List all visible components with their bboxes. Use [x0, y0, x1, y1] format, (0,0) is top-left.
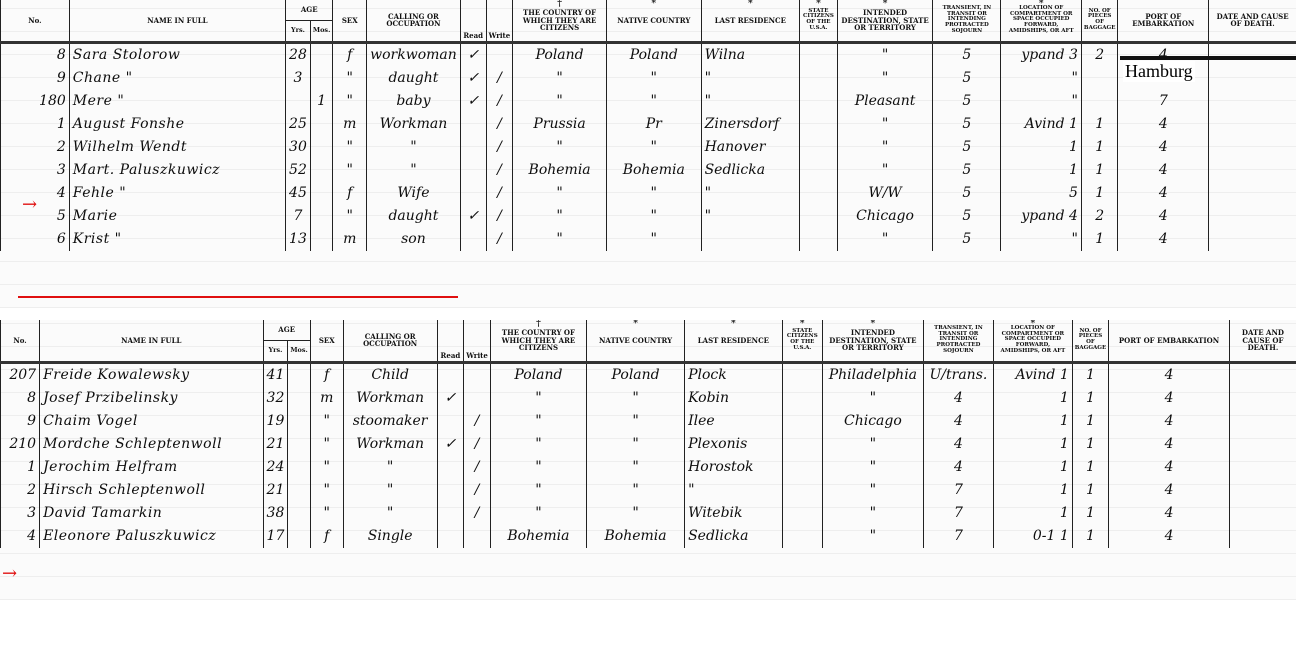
- cell-destination: ": [837, 113, 932, 136]
- cell-pieces: 1: [1072, 433, 1108, 456]
- cell-read: [437, 502, 464, 525]
- cell-state: [782, 479, 822, 502]
- cell-calling: Workman: [367, 113, 461, 136]
- cell-transient: 5: [933, 42, 1001, 67]
- cell-native: ": [606, 90, 701, 113]
- manifest-page-top: No. Name in Full Age Sex Calling or Occu…: [0, 0, 1296, 308]
- cell-residence: Wilna: [701, 42, 799, 67]
- cell-residence: Hanover: [701, 136, 799, 159]
- cell-destination: ": [837, 228, 932, 251]
- cell-state: [782, 433, 822, 456]
- passenger-row: 5Marie7"daught✓/"""Chicago5ypand 424: [1, 205, 1296, 228]
- header-country-citizen-label: The Country of which they are Citizens: [502, 328, 576, 352]
- cell-destination: ": [837, 67, 932, 90]
- cell-transient: 5: [933, 182, 1001, 205]
- cell-residence: [701, 228, 799, 251]
- blank-margin: [0, 600, 1296, 648]
- cell-location: 1: [1001, 159, 1081, 182]
- cell-transient: 5: [933, 113, 1001, 136]
- cell-calling: Single: [343, 525, 437, 548]
- asterisk-mark: *: [748, 0, 753, 9]
- cell-yrs: 32: [263, 387, 288, 410]
- cell-no: 210: [1, 433, 40, 456]
- cell-state: [782, 456, 822, 479]
- header-country-citizen-label: The Country of which they are Citizens: [523, 8, 597, 32]
- cell-residence: ": [701, 182, 799, 205]
- cell-mos: [288, 502, 310, 525]
- cell-destination: Pleasant: [837, 90, 932, 113]
- cell-sex: f: [310, 525, 343, 548]
- cell-read: ✓: [437, 433, 464, 456]
- cell-name: Eleonore Paluszkuwicz: [40, 525, 263, 548]
- cell-write: /: [486, 182, 513, 205]
- cell-yrs: 24: [263, 456, 288, 479]
- cell-native: ": [587, 387, 685, 410]
- cell-location: 5: [1001, 182, 1081, 205]
- header-state-citizens: *State Citizens of the U.S.A.: [782, 320, 822, 362]
- cell-state: [782, 525, 822, 548]
- cell-write: /: [486, 113, 513, 136]
- cell-mos: [310, 136, 332, 159]
- cell-port: 7: [1118, 90, 1209, 113]
- cell-port: 4: [1118, 228, 1209, 251]
- header-yrs: Yrs.: [263, 340, 288, 362]
- cell-read: ✓: [460, 42, 486, 67]
- cell-write: /: [486, 205, 513, 228]
- cell-mos: [288, 362, 310, 387]
- cell-native: ": [606, 182, 701, 205]
- cell-mos: [310, 159, 332, 182]
- cell-residence: Sedlicka: [685, 525, 783, 548]
- header-calling: Calling or Occupation: [367, 0, 461, 42]
- cell-read: [437, 479, 464, 502]
- cell-sex: ": [310, 410, 343, 433]
- cell-yrs: 19: [263, 410, 288, 433]
- cell-no: 1: [1, 113, 70, 136]
- cell-no: 2: [1, 136, 70, 159]
- cell-citizen: ": [513, 205, 607, 228]
- cell-no: 3: [1, 159, 70, 182]
- cell-sex: ": [310, 456, 343, 479]
- asterisk-mark: *: [871, 320, 876, 329]
- cell-pieces: 1: [1072, 410, 1108, 433]
- asterisk-mark: *: [651, 0, 656, 9]
- passenger-row: 1August Fonshe25mWorkman/PrussiaPrZiners…: [1, 113, 1296, 136]
- passenger-row: 207Freide Kowalewsky41fChildPolandPoland…: [1, 362, 1296, 387]
- cell-port: 4: [1118, 159, 1209, 182]
- cell-port: 4: [1109, 456, 1230, 479]
- cell-no: 9: [1, 67, 70, 90]
- cell-pieces: 1: [1081, 228, 1117, 251]
- cell-residence: Plexonis: [685, 433, 783, 456]
- header-mos: Mos.: [288, 340, 310, 362]
- passenger-row: 210Mordche Schleptenwoll21"Workman✓/""Pl…: [1, 433, 1296, 456]
- header-no: No.: [1, 0, 70, 42]
- cell-state: [800, 182, 838, 205]
- cell-residence: Sedlicka: [701, 159, 799, 182]
- cell-death: [1209, 67, 1296, 90]
- cell-death: [1209, 90, 1296, 113]
- cell-death: [1229, 362, 1296, 387]
- cell-pieces: 1: [1072, 456, 1108, 479]
- cell-mos: [288, 433, 310, 456]
- cell-write: /: [486, 228, 513, 251]
- cell-sex: ": [310, 479, 343, 502]
- dagger-mark: †: [557, 0, 562, 9]
- cell-transient: 4: [923, 433, 993, 456]
- cell-yrs: 13: [286, 228, 311, 251]
- cell-sex: ": [310, 433, 343, 456]
- header-location: *Location of Compartment or Space Occupi…: [1001, 0, 1081, 42]
- cell-port: 4: [1109, 410, 1230, 433]
- cell-sex: m: [333, 113, 367, 136]
- cell-native: ": [606, 136, 701, 159]
- cell-destination: ": [837, 159, 932, 182]
- cell-residence: Kobin: [685, 387, 783, 410]
- cell-yrs: 52: [286, 159, 311, 182]
- header-pieces: No. of Pieces of Baggage: [1081, 0, 1117, 42]
- header-native-country: *Native Country: [606, 0, 701, 42]
- header-sex: Sex: [310, 320, 343, 362]
- passenger-row: 180Mere "1"baby✓/"""Pleasant5"7: [1, 90, 1296, 113]
- header-write: Write: [486, 0, 513, 42]
- passenger-row: 1Jerochim Helfram24""/""Horostok"4114: [1, 456, 1296, 479]
- cell-write: /: [464, 502, 491, 525]
- cell-transient: 5: [933, 136, 1001, 159]
- asterisk-mark: *: [800, 320, 805, 329]
- cell-citizen: ": [513, 90, 607, 113]
- cell-transient: 7: [923, 502, 993, 525]
- cell-name: Chane ": [69, 67, 285, 90]
- cell-native: ": [587, 479, 685, 502]
- header-native-country-label: Native Country: [617, 16, 690, 25]
- cell-no: 1: [1, 456, 40, 479]
- cell-citizen: Poland: [490, 362, 586, 387]
- cell-location: 0-1 1: [993, 525, 1072, 548]
- cell-location: 1: [1001, 136, 1081, 159]
- cell-pieces: 1: [1081, 159, 1117, 182]
- cell-citizen: Prussia: [513, 113, 607, 136]
- cell-state: [800, 90, 838, 113]
- cell-read: ✓: [460, 90, 486, 113]
- cell-transient: 4: [923, 456, 993, 479]
- passenger-row-highlighted: 3Mart. Paluszkuwicz52""/BohemiaBohemiaSe…: [1, 159, 1296, 182]
- cell-sex: ": [333, 136, 367, 159]
- cell-write: /: [486, 159, 513, 182]
- cell-calling: Wife: [367, 182, 461, 205]
- cell-read: [437, 456, 464, 479]
- header-no: No.: [1, 320, 40, 362]
- cell-transient: U/trans.: [923, 362, 993, 387]
- header-transient: Transient, in Transit or Intending Protr…: [923, 320, 993, 362]
- cell-pieces: 1: [1072, 525, 1108, 548]
- header-yrs: Yrs.: [286, 20, 311, 42]
- cell-citizen: ": [490, 479, 586, 502]
- header-age: Age: [263, 320, 310, 340]
- cell-native: Bohemia: [606, 159, 701, 182]
- cell-citizen: ": [490, 502, 586, 525]
- cell-native: ": [606, 228, 701, 251]
- cell-mos: [288, 387, 310, 410]
- cell-pieces: 1: [1081, 182, 1117, 205]
- header-location: *Location of Compartment or Space Occupi…: [993, 320, 1072, 362]
- cell-yrs: 7: [286, 205, 311, 228]
- cell-destination: ": [822, 387, 923, 410]
- cell-native: ": [606, 67, 701, 90]
- cell-state: [782, 502, 822, 525]
- header-port: Port of Embarkation: [1118, 0, 1209, 42]
- cell-death: [1209, 159, 1296, 182]
- cell-state: [782, 362, 822, 387]
- header-pieces: No. of Pieces of Baggage: [1072, 320, 1108, 362]
- cell-sex: ": [333, 159, 367, 182]
- cell-mos: [310, 113, 332, 136]
- cell-citizen: ": [490, 410, 586, 433]
- cell-yrs: 45: [286, 182, 311, 205]
- cell-write: [464, 525, 491, 548]
- cell-no: 8: [1, 387, 40, 410]
- header-read-label: Read: [441, 351, 461, 360]
- cell-port: 4: [1109, 525, 1230, 548]
- cell-destination: ": [837, 42, 932, 67]
- cell-mos: [288, 479, 310, 502]
- cell-name: David Tamarkin: [40, 502, 263, 525]
- cell-mos: [310, 182, 332, 205]
- cell-port: 4: [1109, 479, 1230, 502]
- header-sex: Sex: [333, 0, 367, 42]
- highlight-arrow-icon: →: [2, 563, 17, 584]
- cell-name: Josef Przibelinsky: [40, 387, 263, 410]
- cell-transient: 4: [923, 387, 993, 410]
- cell-destination: ": [822, 479, 923, 502]
- cell-read: [437, 525, 464, 548]
- cell-calling: Child: [343, 362, 437, 387]
- cell-state: [800, 42, 838, 67]
- cell-read: ✓: [460, 205, 486, 228]
- cell-transient: 5: [933, 67, 1001, 90]
- cell-death: [1209, 136, 1296, 159]
- header-state-citizens-label: State Citizens of the U.S.A.: [787, 328, 818, 351]
- cell-native: ": [587, 502, 685, 525]
- cell-read: [460, 113, 486, 136]
- cell-sex: m: [310, 387, 343, 410]
- cell-death: [1229, 387, 1296, 410]
- cell-yrs: 21: [263, 433, 288, 456]
- passenger-row: 9Chane "3"daught✓/""""5"4: [1, 67, 1296, 90]
- cell-yrs: 38: [263, 502, 288, 525]
- cell-destination: W/W: [837, 182, 932, 205]
- cell-destination: ": [822, 456, 923, 479]
- cell-sex: f: [333, 182, 367, 205]
- highlight-underline: [18, 296, 458, 298]
- header-destination: *Intended Destination, State or Territor…: [837, 0, 932, 42]
- header-mos: Mos.: [310, 20, 332, 42]
- cell-calling: workwoman: [367, 42, 461, 67]
- header-last-residence-label: Last Residence: [715, 16, 786, 25]
- cell-death: [1229, 525, 1296, 548]
- header-write: Write: [464, 320, 491, 362]
- cell-death: [1209, 205, 1296, 228]
- cell-state: [800, 67, 838, 90]
- cell-citizen: ": [513, 182, 607, 205]
- cell-sex: ": [333, 205, 367, 228]
- cell-port: 4: [1118, 113, 1209, 136]
- passenger-row: 8Sara Stolorow28fworkwoman✓PolandPolandW…: [1, 42, 1296, 67]
- cell-mos: [310, 67, 332, 90]
- header-name: Name in Full: [69, 0, 285, 42]
- cell-residence: ": [701, 205, 799, 228]
- cell-yrs: 28: [286, 42, 311, 67]
- cell-write: /: [486, 136, 513, 159]
- cell-yrs: 41: [263, 362, 288, 387]
- cell-sex: f: [310, 362, 343, 387]
- header-country-citizen: †The Country of which they are Citizens: [513, 0, 607, 42]
- cell-calling: ": [367, 136, 461, 159]
- cell-state: [800, 228, 838, 251]
- cell-location: 1: [993, 387, 1072, 410]
- cell-calling: daught: [367, 67, 461, 90]
- header-native-country: *Native Country: [587, 320, 685, 362]
- cell-citizen: Bohemia: [490, 525, 586, 548]
- cell-citizen: ": [513, 228, 607, 251]
- cell-location: ypand 3: [1001, 42, 1081, 67]
- cell-death: [1209, 182, 1296, 205]
- passenger-row: 9Chaim Vogel19"stoomaker/""IleeChicago41…: [1, 410, 1296, 433]
- manifest-table-bottom: No. Name in Full Age Sex Calling or Occu…: [0, 320, 1296, 548]
- cell-pieces: 1: [1072, 387, 1108, 410]
- cell-sex: ": [310, 502, 343, 525]
- cell-transient: 5: [933, 228, 1001, 251]
- asterisk-mark: *: [633, 320, 638, 329]
- cell-calling: ": [367, 159, 461, 182]
- asterisk-mark: *: [731, 320, 736, 329]
- cell-pieces: 1: [1072, 502, 1108, 525]
- cell-port: 4: [1118, 136, 1209, 159]
- cell-state: [800, 136, 838, 159]
- cell-write: /: [486, 67, 513, 90]
- cell-state: [782, 410, 822, 433]
- asterisk-mark: *: [816, 0, 821, 9]
- cell-death: [1209, 42, 1296, 67]
- cell-pieces: 1: [1081, 136, 1117, 159]
- cell-no: 6: [1, 228, 70, 251]
- cell-write: /: [486, 90, 513, 113]
- cell-citizen: ": [513, 136, 607, 159]
- cell-native: ": [587, 410, 685, 433]
- cell-name: Fehle ": [69, 182, 285, 205]
- passenger-row: 8Josef Przibelinsky32mWorkman✓""Kobin"41…: [1, 387, 1296, 410]
- cell-mos: [288, 456, 310, 479]
- cell-mos: [310, 42, 332, 67]
- cell-read: [437, 410, 464, 433]
- cell-write: /: [464, 410, 491, 433]
- passenger-row: 6Krist "13mson/"""5"14: [1, 228, 1296, 251]
- cell-citizen: ": [513, 67, 607, 90]
- cell-residence: Zinersdorf: [701, 113, 799, 136]
- cell-yrs: 3: [286, 67, 311, 90]
- cell-no: 8: [1, 42, 70, 67]
- manifest-page-bottom: No. Name in Full Age Sex Calling or Occu…: [0, 320, 1296, 600]
- cell-calling: daught: [367, 205, 461, 228]
- header-read-label: Read: [463, 31, 483, 40]
- cell-destination: Philadelphia: [822, 362, 923, 387]
- cell-port: 4: [1109, 502, 1230, 525]
- cell-no: 2: [1, 479, 40, 502]
- cell-residence: ": [685, 479, 783, 502]
- cell-yrs: 30: [286, 136, 311, 159]
- cell-residence: Ilee: [685, 410, 783, 433]
- cell-pieces: [1081, 67, 1117, 90]
- cell-death: [1229, 479, 1296, 502]
- cell-name: Hirsch Schleptenwoll: [40, 479, 263, 502]
- cell-name: Chaim Vogel: [40, 410, 263, 433]
- header-name: Name in Full: [40, 320, 263, 362]
- cell-location: 1: [993, 479, 1072, 502]
- header-last-residence-label: Last Residence: [698, 336, 769, 345]
- cell-yrs: 21: [263, 479, 288, 502]
- cell-pieces: [1081, 90, 1117, 113]
- cell-sex: f: [333, 42, 367, 67]
- header-destination-label: Intended Destination, State or Territory: [829, 328, 916, 352]
- cell-transient: 7: [923, 479, 993, 502]
- cell-mos: [310, 228, 332, 251]
- header-destination-label: Intended Destination, State or Territory: [841, 8, 928, 32]
- cell-location: ": [1001, 67, 1081, 90]
- cell-state: [800, 113, 838, 136]
- cell-destination: ": [822, 525, 923, 548]
- header-write-label: Write: [466, 351, 488, 360]
- cell-read: [460, 159, 486, 182]
- cell-native: Poland: [587, 362, 685, 387]
- cell-death: [1229, 410, 1296, 433]
- cell-no: 180: [1, 90, 70, 113]
- cell-port: 4: [1118, 182, 1209, 205]
- cell-citizen: Poland: [513, 42, 607, 67]
- cell-residence: Witebik: [685, 502, 783, 525]
- cell-yrs: 25: [286, 113, 311, 136]
- cell-no: 207: [1, 362, 40, 387]
- port-annotation: Hamburg: [1123, 61, 1195, 82]
- cell-name: Freide Kowalewsky: [40, 362, 263, 387]
- cell-state: [782, 387, 822, 410]
- header-rule: [1120, 56, 1296, 60]
- cell-mos: 1: [310, 90, 332, 113]
- cell-death: [1209, 228, 1296, 251]
- cell-residence: ": [701, 67, 799, 90]
- manifest-table-top: No. Name in Full Age Sex Calling or Occu…: [0, 0, 1296, 251]
- passenger-row: 3David Tamarkin38""/""Witebik"7114: [1, 502, 1296, 525]
- cell-name: Krist ": [69, 228, 285, 251]
- cell-sex: m: [333, 228, 367, 251]
- cell-destination: ": [822, 433, 923, 456]
- cell-no: 4: [1, 525, 40, 548]
- cell-name: Mere ": [69, 90, 285, 113]
- header-state-citizens-label: State Citizens of the U.S.A.: [803, 8, 834, 31]
- cell-name: August Fonshe: [69, 113, 285, 136]
- cell-no: 9: [1, 410, 40, 433]
- cell-transient: 5: [933, 159, 1001, 182]
- cell-location: 1: [993, 456, 1072, 479]
- cell-destination: ": [837, 136, 932, 159]
- header-calling: Calling or Occupation: [343, 320, 437, 362]
- header-country-citizen: †The Country of which they are Citizens: [490, 320, 586, 362]
- header-native-country-label: Native Country: [599, 336, 672, 345]
- header-last-residence: *Last Residence: [685, 320, 783, 362]
- cell-residence: Plock: [685, 362, 783, 387]
- cell-yrs: 17: [263, 525, 288, 548]
- passenger-list-top: 8Sara Stolorow28fworkwoman✓PolandPolandW…: [1, 42, 1296, 251]
- cell-no: 3: [1, 502, 40, 525]
